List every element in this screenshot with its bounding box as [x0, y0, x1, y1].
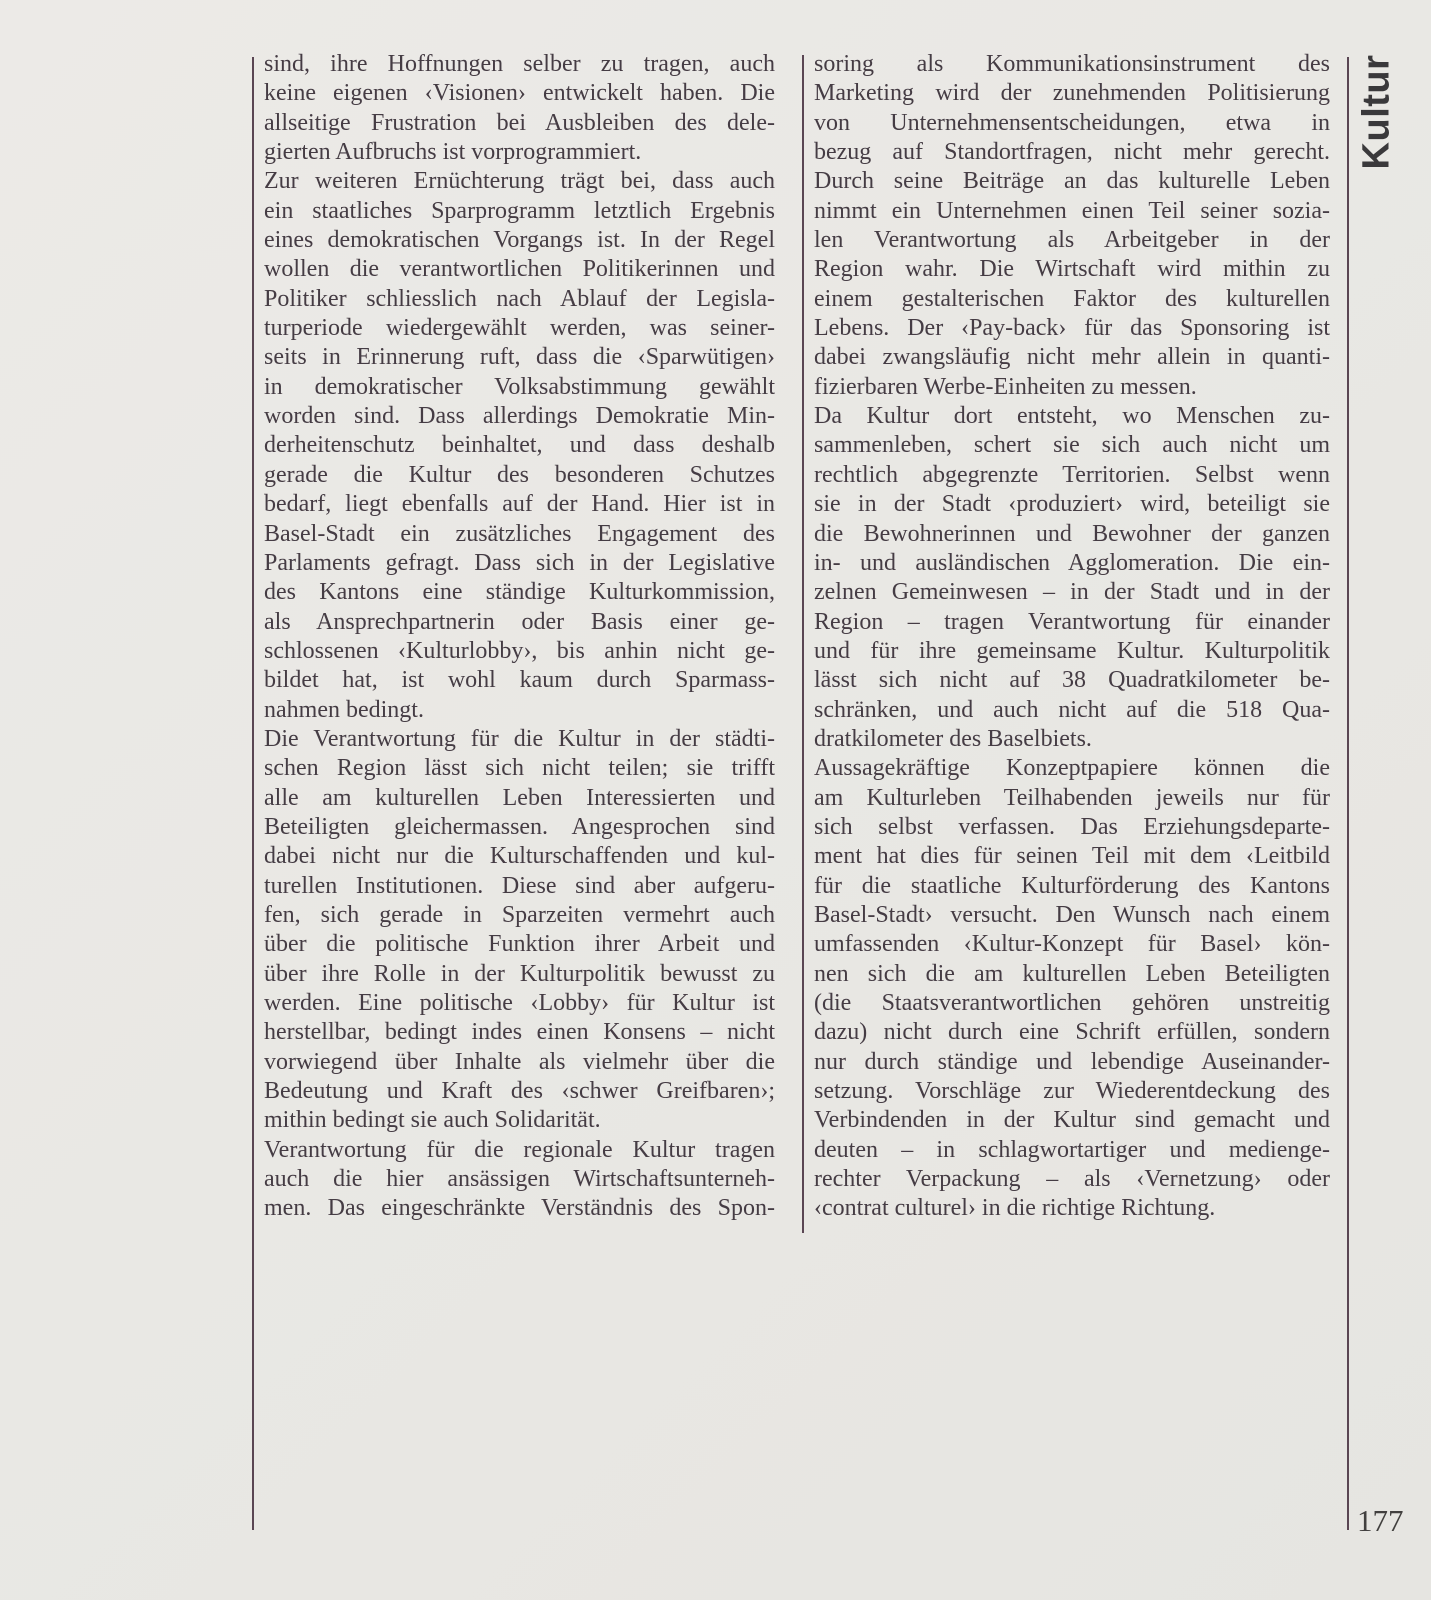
column-divider-rule — [802, 55, 804, 1233]
text-line: nur durch ständige und lebendige Auseina… — [814, 1048, 1330, 1077]
text-line: in- und ausländischen Agglomeration. Die… — [814, 549, 1330, 578]
text-line: len Verantwortung als Arbeitgeber in der — [814, 226, 1330, 255]
text-line: des Kantons eine ständige Kulturkommissi… — [264, 578, 775, 607]
text-line: Lebens. Der ‹Pay-back› für das Sponsorin… — [814, 314, 1330, 343]
text-line: herstellbar, bedingt indes einen Konsens… — [264, 1018, 775, 1047]
text-line: nen sich die am kulturellen Leben Beteil… — [814, 960, 1330, 989]
text-line: eines demokratischen Vorgangs ist. In de… — [264, 226, 775, 255]
text-line: über ihre Rolle in der Kulturpolitik bew… — [264, 960, 775, 989]
page-number: 177 — [1357, 1503, 1404, 1539]
text-line: wollen die verantwortlichen Politikerinn… — [264, 255, 775, 284]
text-line: sich selbst verfassen. Das Erziehungsdep… — [814, 813, 1330, 842]
text-line: mithin bedingt sie auch Solidarität. — [264, 1106, 775, 1135]
text-line: rechtlich abgegrenzte Territorien. Selbs… — [814, 461, 1330, 490]
text-line: Durch seine Beiträge an das kulturelle L… — [814, 167, 1330, 196]
text-line: Basel-Stadt› versucht. Den Wunsch nach e… — [814, 901, 1330, 930]
text-line: sammenleben, schert sie sich auch nicht … — [814, 431, 1330, 460]
text-line: ‹contrat culturel› in die richtige Richt… — [814, 1194, 1330, 1223]
text-line: in demokratischer Volksabstimmung gewähl… — [264, 373, 775, 402]
text-line: werden. Eine politische ‹Lobby› für Kult… — [264, 989, 775, 1018]
text-line: schränken, und auch nicht auf die 518 Qu… — [814, 696, 1330, 725]
text-line: Zur weiteren Ernüchterung trägt bei, das… — [264, 167, 775, 196]
text-line: turperiode wiedergewählt werden, was sei… — [264, 314, 775, 343]
text-line: deuten – in schlagwortartiger und medien… — [814, 1136, 1330, 1165]
text-line: Region wahr. Die Wirtschaft wird mithin … — [814, 255, 1330, 284]
text-line: lässt sich nicht auf 38 Quadratkilometer… — [814, 666, 1330, 695]
text-line: schen Region lässt sich nicht teilen; si… — [264, 754, 775, 783]
text-line: nahmen bedingt. — [264, 696, 775, 725]
text-line: Basel-Stadt ein zusätzliches Engagement … — [264, 520, 775, 549]
text-line: Verantwortung für die regionale Kultur t… — [264, 1136, 775, 1165]
text-line: bedarf, liegt ebenfalls auf der Hand. Hi… — [264, 490, 775, 519]
text-line: dratkilometer des Baselbiets. — [814, 725, 1330, 754]
text-line: (die Staatsverantwortlichen gehören unst… — [814, 989, 1330, 1018]
text-line: alle am kulturellen Leben Interessierten… — [264, 784, 775, 813]
text-line: dabei zwangsläufig nicht mehr allein in … — [814, 343, 1330, 372]
text-line: bezug auf Standortfragen, nicht mehr ger… — [814, 138, 1330, 167]
left-column-rule — [252, 57, 254, 1530]
scanned-book-page: sind, ihre Hoffnungen selber zu tragen, … — [0, 0, 1431, 1600]
text-line: men. Das eingeschränkte Verständnis des … — [264, 1194, 775, 1223]
text-line: und für ihre gemeinsame Kultur. Kulturpo… — [814, 637, 1330, 666]
text-line: zelnen Gemeinwesen – in der Stadt und in… — [814, 578, 1330, 607]
text-line: turellen Institutionen. Diese sind aber … — [264, 872, 775, 901]
text-line: bildet hat, ist wohl kaum durch Sparmass… — [264, 666, 775, 695]
text-line: schlossenen ‹Kulturlobby›, bis anhin nic… — [264, 637, 775, 666]
text-line: Aussagekräftige Konzeptpapiere können di… — [814, 754, 1330, 783]
text-line: dabei nicht nur die Kulturschaffenden un… — [264, 842, 775, 871]
text-line: gerade die Kultur des besonderen Schutze… — [264, 461, 775, 490]
text-line: Politiker schliesslich nach Ablauf der L… — [264, 285, 775, 314]
text-line: sind, ihre Hoffnungen selber zu tragen, … — [264, 50, 775, 79]
text-line: über die politische Funktion ihrer Arbei… — [264, 930, 775, 959]
text-line: worden sind. Dass allerdings Demokratie … — [264, 402, 775, 431]
text-line: einem gestalterischen Faktor des kulture… — [814, 285, 1330, 314]
right-text-column: soring als Kommunikationsinstrument desM… — [814, 50, 1330, 1224]
left-text-column: sind, ihre Hoffnungen selber zu tragen, … — [264, 50, 775, 1224]
text-line: Da Kultur dort entsteht, wo Menschen zu- — [814, 402, 1330, 431]
text-line: ment hat dies für seinen Teil mit dem ‹L… — [814, 842, 1330, 871]
text-line: fen, sich gerade in Sparzeiten vermehrt … — [264, 901, 775, 930]
text-line: Verbindenden in der Kultur sind gemacht … — [814, 1106, 1330, 1135]
text-line: die Bewohnerinnen und Bewohner der ganze… — [814, 520, 1330, 549]
text-line: dazu) nicht durch eine Schrift erfüllen,… — [814, 1018, 1330, 1047]
text-line: derheitenschutz beinhaltet, und dass des… — [264, 431, 775, 460]
text-line: vorwiegend über Inhalte als vielmehr übe… — [264, 1048, 775, 1077]
text-line: fizierbaren Werbe-Einheiten zu messen. — [814, 373, 1330, 402]
text-line: ein staatliches Sparprogramm letztlich E… — [264, 197, 775, 226]
text-line: nimmt ein Unternehmen einen Teil seiner … — [814, 197, 1330, 226]
text-line: Die Verantwortung für die Kultur in der … — [264, 725, 775, 754]
text-line: gierten Aufbruchs ist vorprogrammiert. — [264, 138, 775, 167]
text-line: allseitige Frustration bei Ausbleiben de… — [264, 109, 775, 138]
right-margin-rule — [1347, 57, 1349, 1530]
text-line: sie in der Stadt ‹produziert› wird, bete… — [814, 490, 1330, 519]
text-line: auch die hier ansässigen Wirtschaftsunte… — [264, 1165, 775, 1194]
text-line: keine eigenen ‹Visionen› entwickelt habe… — [264, 79, 775, 108]
text-line: umfassenden ‹Kultur-Konzept für Basel› k… — [814, 930, 1330, 959]
text-line: am Kulturleben Teilhabenden jeweils nur … — [814, 784, 1330, 813]
text-line: als Ansprechpartnerin oder Basis einer g… — [264, 608, 775, 637]
section-label-kultur: Kultur — [1356, 55, 1399, 170]
text-line: setzung. Vorschläge zur Wiederentdeckung… — [814, 1077, 1330, 1106]
text-line: für die staatliche Kulturförderung des K… — [814, 872, 1330, 901]
text-line: soring als Kommunikationsinstrument des — [814, 50, 1330, 79]
text-line: seits in Erinnerung ruft, dass die ‹Spar… — [264, 343, 775, 372]
text-line: Marketing wird der zunehmenden Politisie… — [814, 79, 1330, 108]
text-line: Bedeutung und Kraft des ‹schwer Greifbar… — [264, 1077, 775, 1106]
text-line: Region – tragen Verantwortung für einand… — [814, 608, 1330, 637]
text-line: Parlaments gefragt. Dass sich in der Leg… — [264, 549, 775, 578]
text-line: von Unternehmensentscheidungen, etwa in — [814, 109, 1330, 138]
text-line: rechter Verpackung – als ‹Vernetzung› od… — [814, 1165, 1330, 1194]
text-line: Beteiligten gleichermassen. Angesprochen… — [264, 813, 775, 842]
